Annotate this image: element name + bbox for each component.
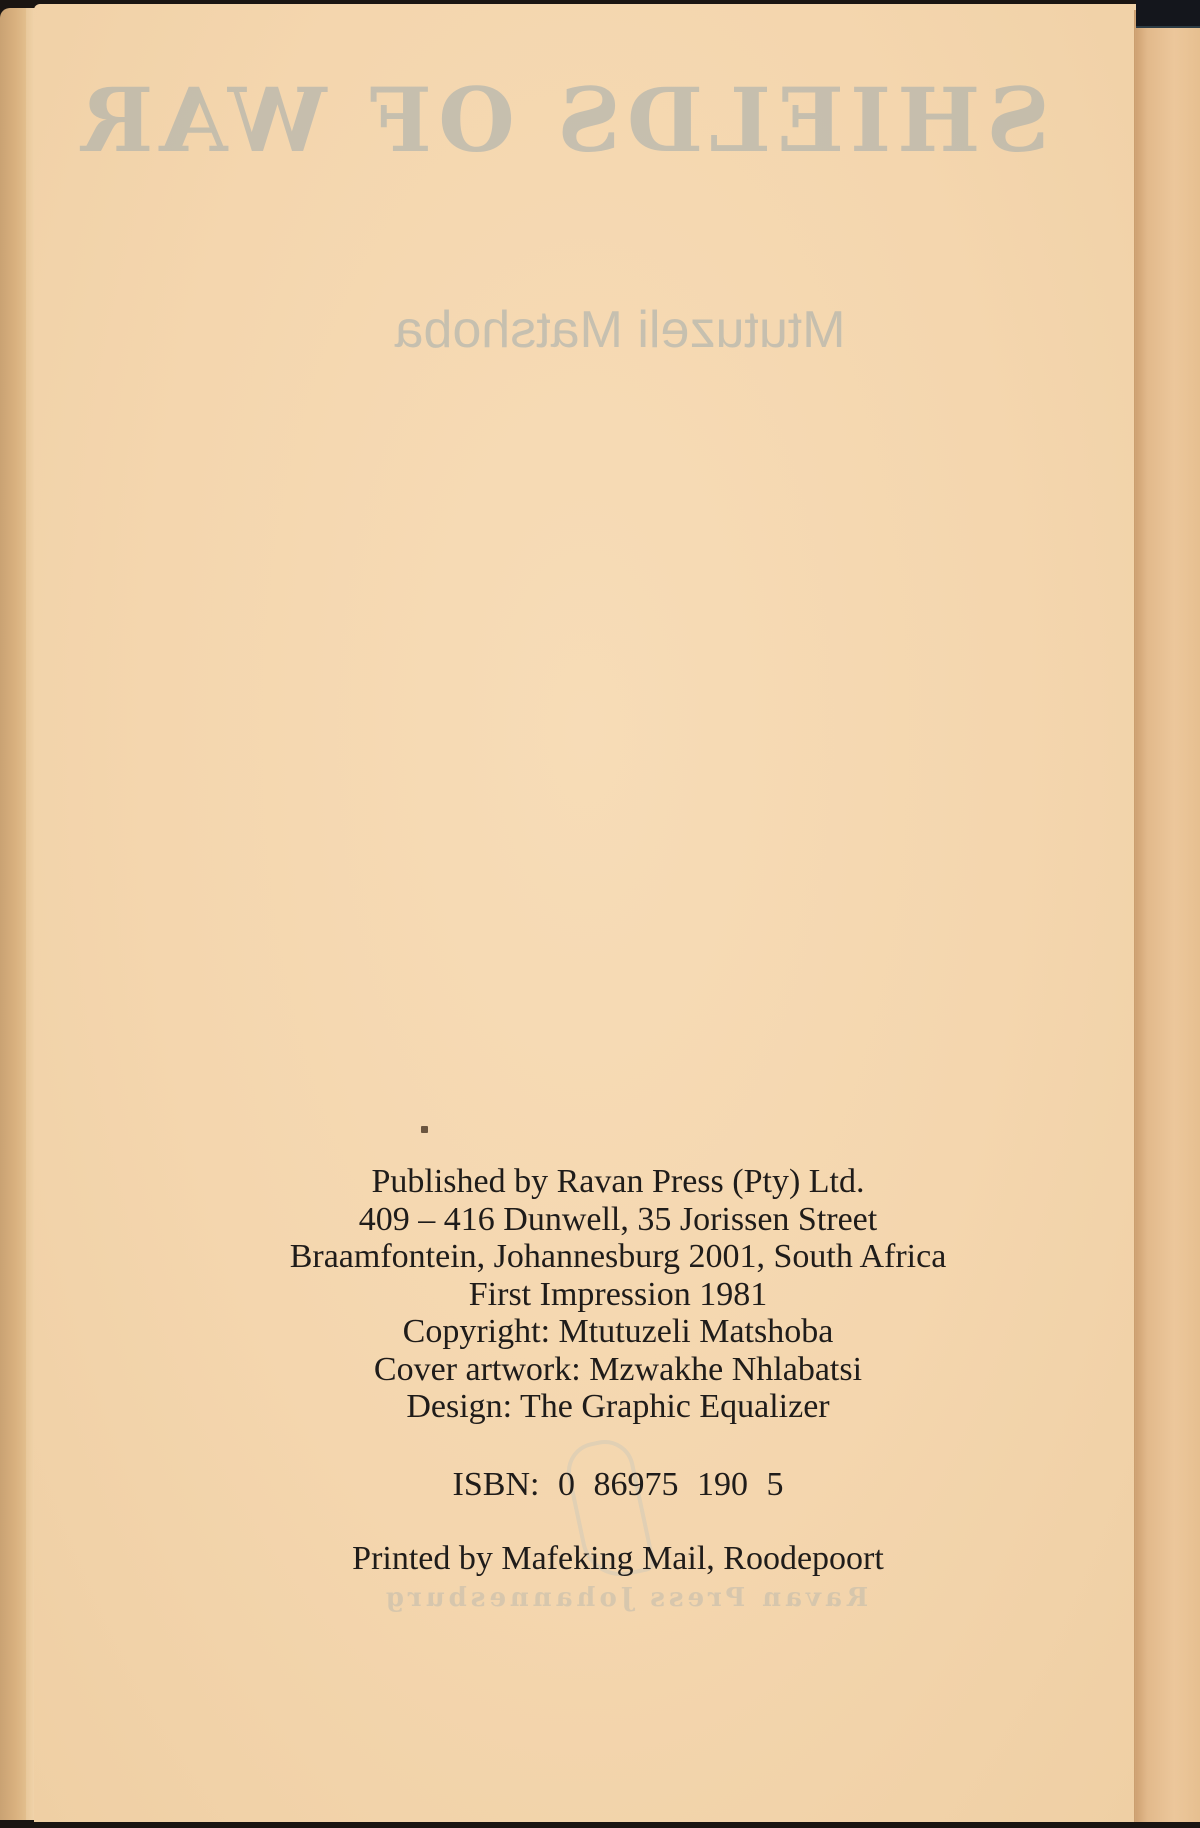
isbn-line: ISBN: 0 86975 190 5	[0, 1466, 1200, 1504]
bleed-through-footer: Ravan Press Johannesburg	[170, 1583, 1080, 1613]
bleed-through-author: Mtutuzeli Matshoba	[320, 300, 920, 360]
scanner-background	[1136, 0, 1200, 28]
paper-speck	[421, 1126, 428, 1133]
impression-line: First Impression 1981	[0, 1276, 1200, 1314]
bleed-through-title: SHIELDS OF WAR	[230, 68, 1050, 172]
publisher-line: Published by Ravan Press (Pty) Ltd.	[0, 1163, 1200, 1201]
imprint-block: Published by Ravan Press (Pty) Ltd. 409 …	[0, 1163, 1200, 1578]
design-line: Design: The Graphic Equalizer	[0, 1388, 1200, 1426]
city-line: Braamfontein, Johannesburg 2001, South A…	[0, 1238, 1200, 1276]
printer-line: Printed by Mafeking Mail, Roodepoort	[0, 1540, 1200, 1578]
cover-artwork-line: Cover artwork: Mzwakhe Nhlabatsi	[0, 1351, 1200, 1389]
copyright-line: Copyright: Mtutuzeli Matshoba	[0, 1313, 1200, 1351]
address-line: 409 – 416 Dunwell, 35 Jorissen Street	[0, 1201, 1200, 1239]
